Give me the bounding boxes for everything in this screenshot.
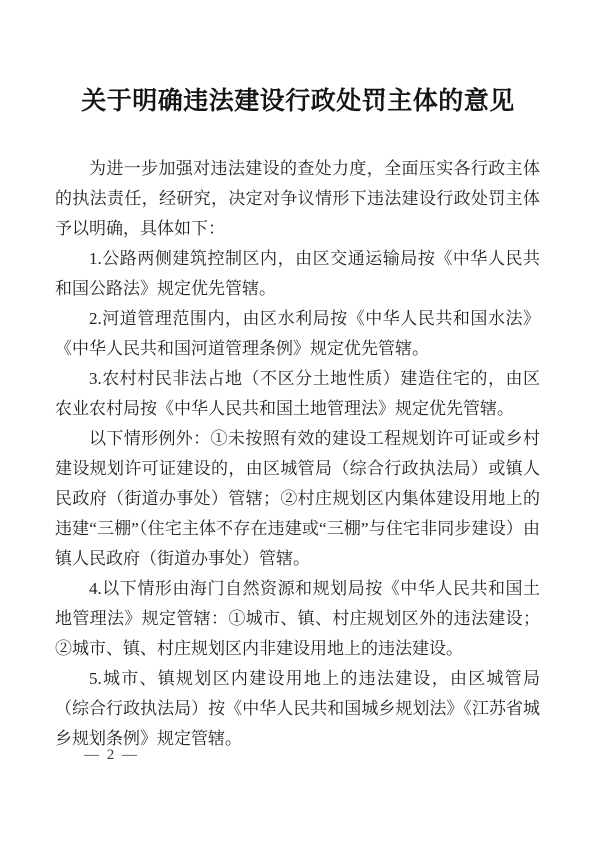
document-page: 关于明确违法建设行政处罚主体的意见 为进一步加强对违法建设的查处力度，全面压实各… (0, 0, 596, 842)
paragraph-item-3: 3.农村村民非法占地（不区分土地性质）建造住宅的，由区农业农村局按《中华人民共和… (55, 364, 540, 424)
paragraph-item-5: 5.城市、镇规划区内建设用地上的违法建设，由区城管局（综合行政执法局）按《中华人… (55, 664, 540, 754)
page-number: — 2 — (84, 745, 139, 765)
paragraph-item-1: 1.公路两侧建筑控制区内，由区交通运输局按《中华人民共和国公路法》规定优先管辖。 (55, 244, 540, 304)
document-body: 为进一步加强对违法建设的查处力度，全面压实各行政主体的执法责任，经研究，决定对争… (55, 154, 540, 754)
paragraph-item-3-exceptions: 以下情形例外：①未按照有效的建设工程规划许可证或乡村建设规划许可证建设的，由区城… (55, 424, 540, 574)
paragraph-intro: 为进一步加强对违法建设的查处力度，全面压实各行政主体的执法责任，经研究，决定对争… (55, 154, 540, 244)
paragraph-item-2: 2.河道管理范围内，由区水利局按《中华人民共和国水法》《中华人民共和国河道管理条… (55, 304, 540, 364)
paragraph-item-4: 4.以下情形由海门自然资源和规划局按《中华人民共和国土地管理法》规定管辖：①城市… (55, 574, 540, 664)
document-title: 关于明确违法建设行政处罚主体的意见 (0, 0, 596, 120)
